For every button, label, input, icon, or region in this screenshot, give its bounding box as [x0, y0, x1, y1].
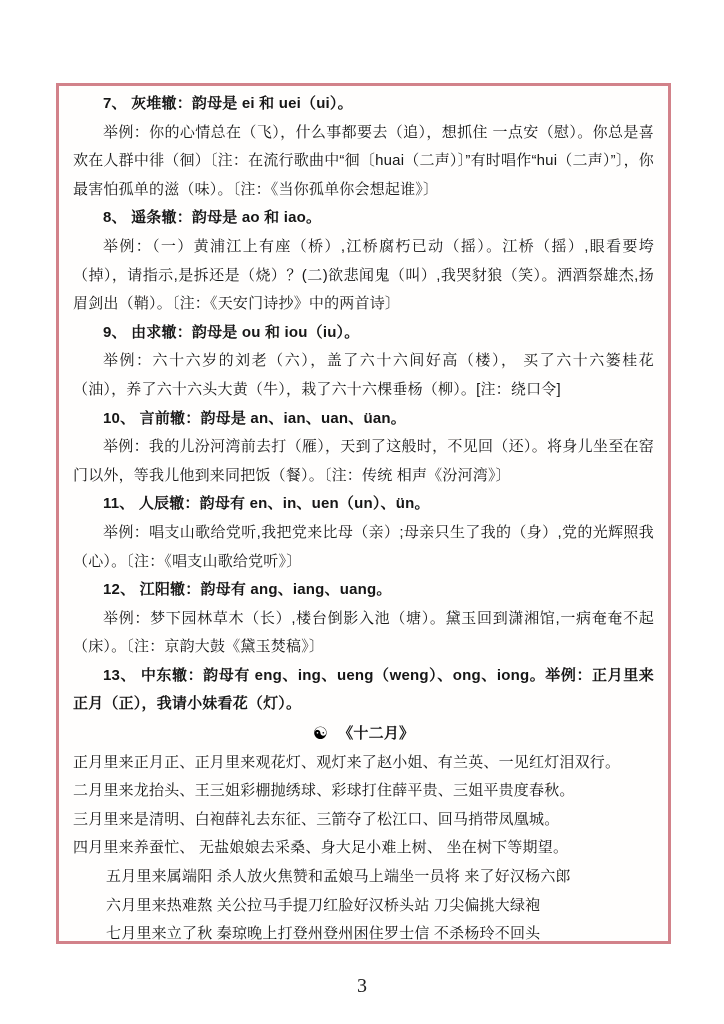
- section-8-example: 举例：（一）黄浦江上有座（桥）,江桥腐朽已动（摇）。江桥（摇）,眼看要垮（掉），…: [73, 233, 654, 319]
- section-10-example: 举例：我的儿汾河湾前去打（雁），天到了这般时，不见回（还）。将身儿坐至在窑门以外…: [73, 433, 654, 490]
- section-9-example: 举例：六十六岁的刘老（六），盖了六十六间好高（楼）， 买了六十六篓桂花（油），养…: [73, 347, 654, 404]
- section-11-example: 举例：唱支山歌给党听,我把党来比母（亲）;母亲只生了我的（身）,党的光辉照我（心…: [73, 519, 654, 576]
- page-number: 3: [0, 975, 724, 998]
- poem-title-text: 《十二月》: [338, 725, 414, 742]
- content-frame: 7、 灰堆辙：韵母是 ei 和 uei（ui）。 举例：你的心情总在（飞），什么…: [56, 83, 671, 944]
- poem-line-6: 六月里来热难熬 关公拉马手提刀红脸好汉桥头站 刀尖偏挑大绿袍: [73, 892, 654, 921]
- poem-line-2: 二月里来龙抬头、王三姐彩棚抛绣球、彩球打住薛平贵、三姐平贵度春秋。: [73, 777, 654, 806]
- poem-line-7: 七月里来立了秋 秦琼晚上打登州登州困住罗士信 不杀杨玲不回头: [73, 920, 654, 944]
- poem-line-3: 三月里来是清明、白袍薛礼去东征、三箭夺了松江口、回马捎带凤凰城。: [73, 806, 654, 835]
- poem-line-4: 四月里来养蚕忙、 无盐娘娘去采桑、身大足小难上树、 坐在树下等期望。: [73, 834, 654, 863]
- yin-yang-icon: ☯: [313, 720, 328, 749]
- section-12-heading: 12、 江阳辙：韵母有 ang、iang、uang。: [73, 576, 654, 605]
- section-10-heading: 10、 言前辙：韵母是 an、ian、uan、üan。: [73, 405, 654, 434]
- section-11-heading: 11、 人辰辙：韵母有 en、in、uen（un）、ün。: [73, 490, 654, 519]
- section-12-example: 举例：梦下园林草木（长）,楼台倒影入池（塘）。黛玉回到潇湘馆,一病奄奄不起（床）…: [73, 605, 654, 662]
- poem-title: ☯《十二月》: [73, 719, 654, 749]
- poem-line-1: 正月里来正月正、正月里来观花灯、观灯来了赵小姐、有兰英、一见红灯泪双行。: [73, 749, 654, 778]
- document-content: 7、 灰堆辙：韵母是 ei 和 uei（ui）。 举例：你的心情总在（飞），什么…: [73, 90, 654, 944]
- section-9-heading: 9、 由求辙：韵母是 ou 和 iou（iu）。: [73, 319, 654, 348]
- document-page: { "page_number": "3", "accent_border_col…: [0, 0, 724, 1024]
- poem-line-5: 五月里来属端阳 杀人放火焦赞和孟娘马上端坐一员将 来了好汉杨六郎: [73, 863, 654, 892]
- section-7-heading: 7、 灰堆辙：韵母是 ei 和 uei（ui）。: [73, 90, 654, 119]
- section-8-heading: 8、 遥条辙：韵母是 ao 和 iao。: [73, 204, 654, 233]
- section-13-heading: 13、 中东辙：韵母有 eng、ing、ueng（weng）、ong、iong。…: [73, 662, 654, 719]
- section-7-example: 举例：你的心情总在（飞），什么事都要去（追），想抓住 一点安（慰）。你总是喜欢在…: [73, 119, 654, 205]
